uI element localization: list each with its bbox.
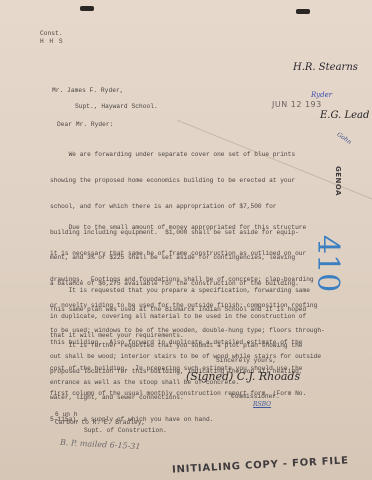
handwritten-signature-stearns: H.R. Stearns: [293, 62, 358, 73]
signer-initials: RSBO: [253, 401, 271, 408]
salutation: Dear Mr. Ryder:: [57, 121, 113, 130]
recipient-name: Mr. James F. Ryder,: [52, 87, 124, 96]
signature: (Signed) C.J. Rhoads: [186, 370, 300, 383]
genoa-stamp: GENOA: [334, 166, 342, 196]
recipient-title: Supt., Hayward School.: [75, 103, 158, 112]
date-stamp: JUN 12 193: [272, 100, 322, 109]
typist-initials: H H S: [40, 38, 64, 47]
handwritten-signature-ryder: Ryder: [311, 91, 332, 99]
punch-hole: [296, 9, 310, 14]
handwritten-initials-eg: E.G. Lead: [320, 110, 369, 121]
letter-page: Const. H H S Mr. James F. Ryder, Supt., …: [0, 0, 372, 480]
carbon-copy-title: Supt. of Construction.: [84, 427, 167, 436]
initialing-copy-stamp: INITIALING COPY - FOR FILE: [172, 455, 349, 475]
closing: Sincerely yours,: [216, 357, 276, 366]
punch-hole: [80, 6, 94, 11]
